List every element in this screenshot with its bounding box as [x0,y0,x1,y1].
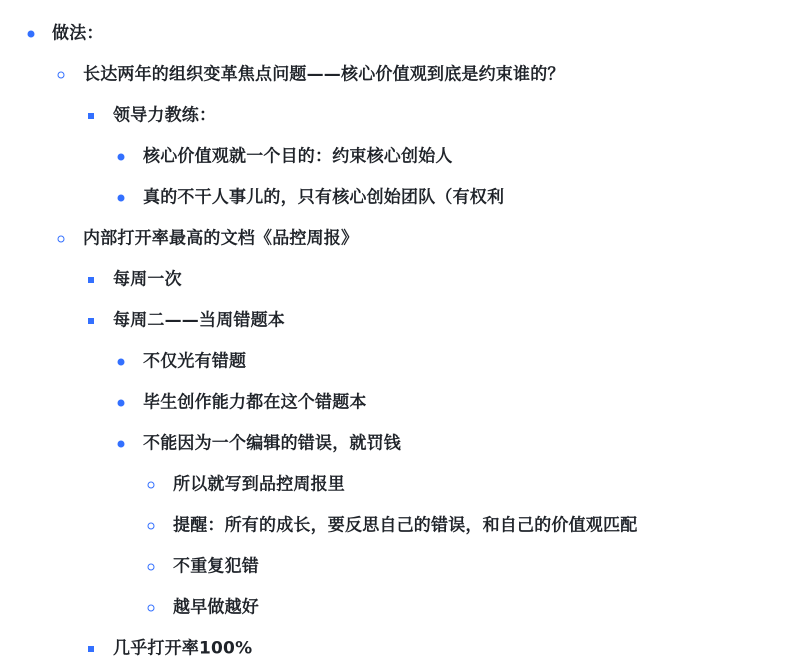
bullet-circle-icon [148,522,155,529]
list-item-text: 内部打开率最高的文档《品控周报》 [83,230,358,247]
bullet-disc-icon [118,194,125,201]
bullet-square-icon [88,318,94,324]
list-item-text: 每周一次 [113,271,182,288]
bullet-square-icon [88,113,94,119]
list-item-text: 越早做越好 [173,599,259,616]
bullet-disc-icon [118,399,125,406]
list-item-text: 不能因为一个编辑的错误，就罚钱 [143,435,401,452]
list-item-text: 所以就写到品控周报里 [173,476,345,493]
bullet-disc-icon [118,440,125,447]
list-item-text: 领导力教练： [113,107,216,124]
list-item-text: 毕生创作能力都在这个错题本 [143,394,367,411]
bullet-circle-icon [58,71,65,78]
bullet-circle-icon [148,481,155,488]
list-item-text: 核心价值观就一个目的：约束核心创始人 [143,148,453,165]
list-item-text: 做法： [52,25,104,42]
bullet-disc-icon [28,30,35,37]
bullet-square-icon [88,646,94,652]
bullet-disc-icon [118,153,125,160]
list-item-text: 不重复犯错 [173,558,259,575]
bullet-disc-icon [118,358,125,365]
list-item-text: 长达两年的组织变革焦点问题——核心价值观到底是约束谁的？ [83,66,565,83]
list-item-text: 每周二——当周错题本 [113,312,285,329]
list-item-text: 几乎打开率100% [113,640,252,657]
bullet-circle-icon [148,604,155,611]
list-item-text: 真的不干人事儿的，只有核心创始团队（有权利 [143,189,504,206]
document-outline: 做法： 长达两年的组织变革焦点问题——核心价值观到底是约束谁的？ 领导力教练： … [0,0,800,671]
list-item-text: 提醒：所有的成长，要反思自己的错误，和自己的价值观匹配 [173,517,637,534]
list-item-text: 不仅光有错题 [143,353,246,370]
bullet-circle-icon [58,235,65,242]
bullet-square-icon [88,277,94,283]
bullet-circle-icon [148,563,155,570]
